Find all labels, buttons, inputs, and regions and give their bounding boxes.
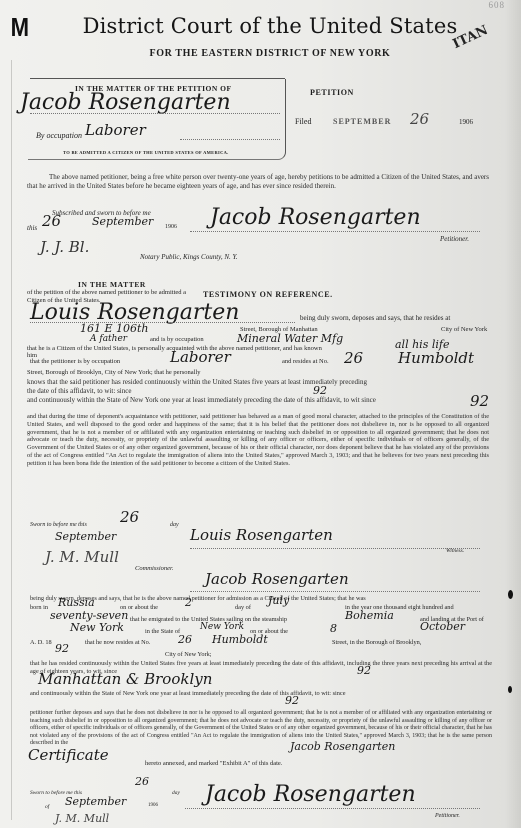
now-resides-label: that he now resides at No.	[85, 639, 150, 646]
occupation-handwritten: Laborer	[85, 121, 146, 139]
petitioner-occupation-handwritten: Laborer	[170, 348, 231, 366]
city-label: City of New York	[441, 326, 487, 333]
witness-signature: Louis Rosengarten	[190, 526, 333, 544]
state-label: in the State of	[145, 628, 180, 635]
petitioner-name-handwritten: Jacob Rosengarten	[20, 90, 231, 115]
ad-label: A. D. 18	[30, 639, 52, 646]
birth-day-handwritten: 2	[185, 596, 192, 609]
now-number-handwritten: 26	[178, 633, 192, 646]
final-commissioner-signature: J. M. Mull	[55, 812, 109, 825]
resided-since-handwritten: 92	[357, 664, 371, 677]
testimony-in-the-matter: IN THE MATTER	[78, 280, 146, 289]
resided-in-handwritten: Manhattan & Brooklyn	[38, 670, 212, 688]
since-year-2-handwritten: 92	[470, 392, 489, 410]
subscribed-day-handwritten: 26	[42, 212, 61, 230]
now-street-handwritten: Humboldt	[212, 633, 268, 646]
relationship-handwritten: A father	[90, 334, 127, 344]
filed-month: SEPTEMBER	[333, 117, 391, 126]
page-number: 608	[489, 0, 506, 10]
this-label: this	[27, 224, 37, 232]
witness-label: Witness.	[446, 548, 464, 554]
testimony-sworn-month: September	[55, 530, 116, 543]
final-petitioner-signature: Jacob Rosengarten	[205, 782, 416, 807]
petitioner-signature: Jacob Rosengarten	[210, 205, 421, 230]
street-borough-label-2: Street, in the Borough of Brooklyn,	[332, 639, 421, 646]
ink-blot	[508, 686, 512, 693]
margin-mark: M	[11, 12, 29, 43]
witness-name-dotted-line	[30, 322, 295, 323]
final-petitioner-label: Petitioner.	[435, 813, 460, 819]
state-handwritten: New York	[200, 622, 244, 632]
ink-blot	[508, 590, 513, 599]
petition-paragraph: The above named petitioner, being a free…	[27, 173, 489, 191]
by-occupation-label: and is by occupation	[150, 336, 204, 343]
witness-signature-line	[190, 548, 480, 549]
arrival-month-handwritten: October	[420, 620, 465, 633]
notary-label: Notary Public, Kings County, N. Y.	[140, 253, 238, 261]
born-in-handwritten: Russia	[58, 596, 95, 609]
inline-signature: Jacob Rosengarten	[290, 740, 395, 753]
port-handwritten: New York	[70, 621, 124, 634]
day-of-label: day of	[235, 604, 251, 611]
subscribed-year: 1906	[165, 224, 177, 230]
final-signature-line	[185, 808, 480, 809]
state-since-handwritten: 92	[285, 694, 299, 707]
affiant-name-line	[190, 591, 480, 592]
subscribed-month-handwritten: September	[92, 215, 153, 228]
character-paragraph: and that during the time of deponent's a…	[27, 413, 489, 468]
resides-number-handwritten: 26	[344, 349, 363, 367]
court-subtitle: FOR THE EASTERN DISTRICT OF NEW YORK	[60, 48, 480, 59]
steamship-handwritten: Bohemia	[345, 609, 394, 622]
margin-line	[11, 60, 12, 820]
borough-line: Street, Borough of Brooklyn, City of New…	[27, 369, 489, 376]
city-label-2: City of New York;	[165, 651, 212, 658]
commissioner-signature: J. M. Mull	[45, 548, 119, 566]
occupation-label: By occupation	[36, 131, 82, 140]
sworn-text: being duly sworn, deposes and says, that…	[300, 314, 450, 322]
birth-month-handwritten: July	[268, 594, 289, 607]
resides-street-handwritten: Humboldt	[398, 349, 474, 367]
witness-occupation-handwritten: Mineral Water Mfg	[237, 332, 343, 345]
affiant-name-handwritten: Jacob Rosengarten	[205, 570, 349, 588]
final-of-label: of	[45, 804, 49, 810]
final-sworn-year: 1906	[148, 803, 158, 808]
testimony-sworn-before: Sworn to before me this	[30, 522, 87, 528]
final-sworn-day: 26	[135, 775, 149, 788]
court-title: District Court of the United States	[60, 14, 480, 38]
affidavit-line1: being duly sworn, deposes and says, that…	[30, 594, 492, 603]
occupation-dotted-line	[180, 139, 280, 140]
petitioner-occupation-label: that the petitioner is by occupation	[30, 358, 120, 365]
final-sworn-month: September	[65, 795, 126, 808]
state-line-2: and continuously within the State of New…	[30, 689, 480, 698]
petitioner-label: Petitioner.	[440, 235, 469, 243]
further-line: petitioner further deposes and says that…	[30, 710, 492, 748]
arrival-day-handwritten: 8	[330, 622, 337, 635]
petition-label: PETITION	[310, 88, 354, 97]
arrival-year-handwritten: 92	[55, 642, 69, 655]
certificate-handwritten: Certificate	[28, 746, 109, 764]
resides-label: and resides at No.	[282, 358, 329, 365]
notary-signature: J. J. Bl.	[40, 238, 89, 256]
born-in-label: born in	[30, 604, 48, 611]
commissioner-label: Commissioner.	[135, 565, 173, 572]
name-dotted-line	[30, 113, 280, 114]
filed-day-handwritten: 26	[410, 110, 429, 128]
final-day-label: day	[172, 790, 180, 796]
admit-line: TO BE ADMITTED A CITIZEN OF THE UNITED S…	[63, 150, 229, 155]
signature-dotted-line	[190, 231, 480, 232]
naturalization-document: M 608 ITAN District Court of the United …	[0, 0, 521, 828]
filed-year: 1906	[459, 118, 473, 126]
testimony-days-label: day	[170, 522, 179, 528]
testimony-heading: TESTIMONY ON REFERENCE.	[203, 290, 333, 299]
page-edge-shadow	[505, 0, 521, 828]
filed-label: Filed	[295, 117, 311, 126]
testimony-sworn-day: 26	[120, 508, 139, 526]
state-line: and continuously within the State of New…	[27, 396, 447, 405]
annexed-text: hereto annexed, and marked "Exhibit A" o…	[145, 760, 282, 767]
